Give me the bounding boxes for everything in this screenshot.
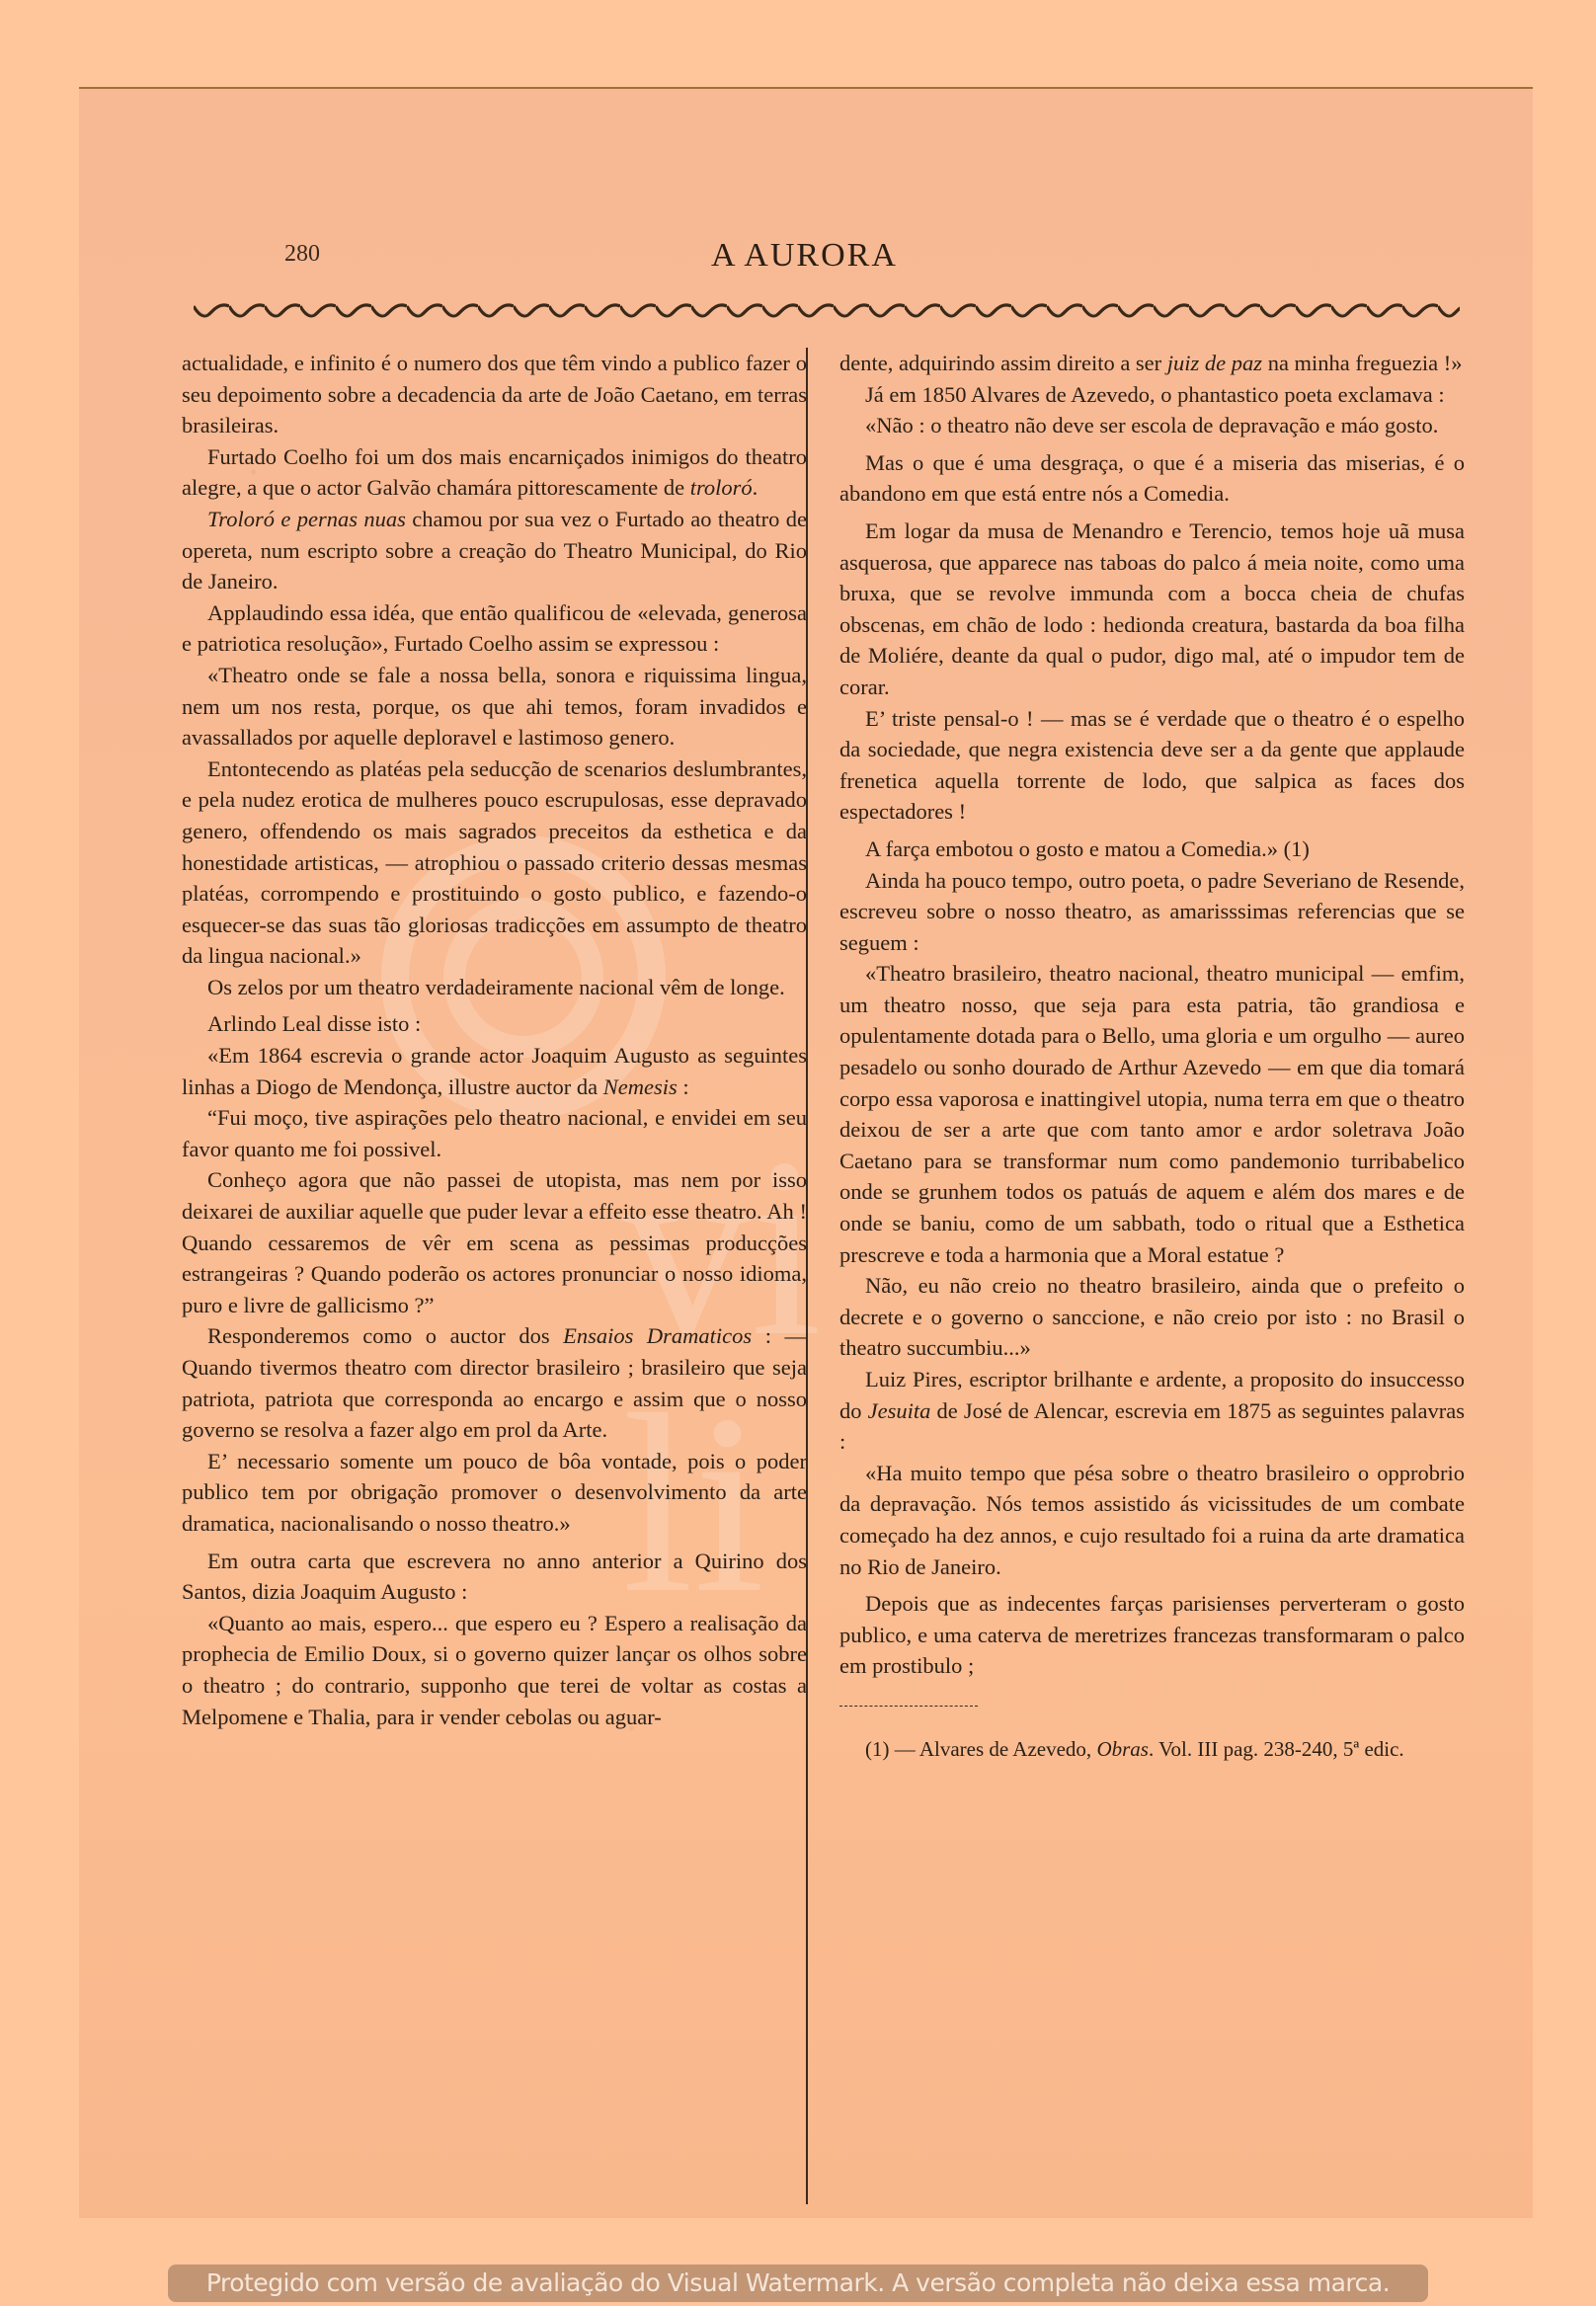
page-title: A AURORA [711,237,898,275]
italic-phrase: Nemesis [603,1074,678,1099]
italic-phrase: Jesuita [868,1398,931,1423]
paragraph: «Theatro onde se fale a nossa bella, son… [182,660,807,754]
paragraph: dente, adquirindo assim direito a ser ju… [839,348,1465,379]
scanned-page: 280 A AURORA vi li actualidade, e infini… [79,87,1533,2218]
paragraph: Depois que as indecentes farças parisien… [839,1588,1465,1682]
italic-phrase: Troloró e pernas nuas [207,507,406,531]
paragraph: E’ necessario somente um pouco de bôa vo… [182,1446,807,1540]
paragraph: Applaudindo essa idéa, que então qualifi… [182,597,807,660]
footnote-rule [839,1706,978,1707]
wavy-ornament-rule [194,298,1460,324]
paragraph: «Ha muito tempo que pésa sobre o theatro… [839,1458,1465,1582]
right-column: dente, adquirindo assim direito a ser ju… [839,348,1465,1764]
italic-phrase: troloró [690,475,753,500]
italic-phrase: juiz de paz [1167,351,1262,375]
paragraph: Arlindo Leal disse isto : [182,1008,807,1040]
paragraph: Troloró e pernas nuas chamou por sua vez… [182,504,807,597]
paragraph: Em logar da musa de Menandro e Terencio,… [839,516,1465,703]
paragraph: Ainda ha pouco tempo, outro poeta, o pad… [839,865,1465,959]
paragraph: Não, eu não creio no theatro brasileiro,… [839,1270,1465,1364]
paragraph: Mas o que é uma desgraça, o que é a mise… [839,447,1465,510]
paragraph: «Não : o theatro não deve ser escola de … [839,410,1465,441]
watermark-banner: Protegido com versão de avaliação do Vis… [168,2265,1428,2302]
left-column: actualidade, e infinito é o numero dos q… [182,348,807,1732]
paragraph: «Quanto ao mais, espero... que espero eu… [182,1608,807,1732]
paragraph: Conheço agora que não passei de utopista… [182,1164,807,1320]
paragraph: Em outra carta que escrevera no anno ant… [182,1546,807,1608]
paragraph: actualidade, e infinito é o numero dos q… [182,348,807,441]
paragraph: “Fui moço, tive aspirações pelo theatro … [182,1102,807,1164]
paragraph: Entontecendo as platéas pela seducção de… [182,754,807,972]
paragraph: E’ triste pensal-o ! — mas se é verdade … [839,703,1465,828]
paragraph: Já em 1850 Alvares de Azevedo, o phantas… [839,379,1465,411]
paragraph: «Em 1864 escrevia o grande actor Joaquim… [182,1040,807,1102]
italic-phrase: Ensaios Dramaticos [563,1323,752,1348]
footnote: (1) — Alvares de Azevedo, Obras. Vol. II… [839,1734,1465,1764]
paragraph: Furtado Coelho foi um dos mais encarniça… [182,441,807,504]
column-divider [806,348,808,2204]
paragraph: «Theatro brasileiro, theatro nacional, t… [839,958,1465,1270]
page-header: 280 A AURORA [79,237,1533,277]
paragraph: Luiz Pires, escriptor brilhante e ardent… [839,1364,1465,1458]
paragraph: Responderemos como o auctor dos Ensaios … [182,1320,807,1445]
paragraph: Os zelos por um theatro verdadeiramente … [182,972,807,1003]
paragraph: A farça embotou o gosto e matou a Comedi… [839,834,1465,865]
page-number: 280 [284,241,320,268]
